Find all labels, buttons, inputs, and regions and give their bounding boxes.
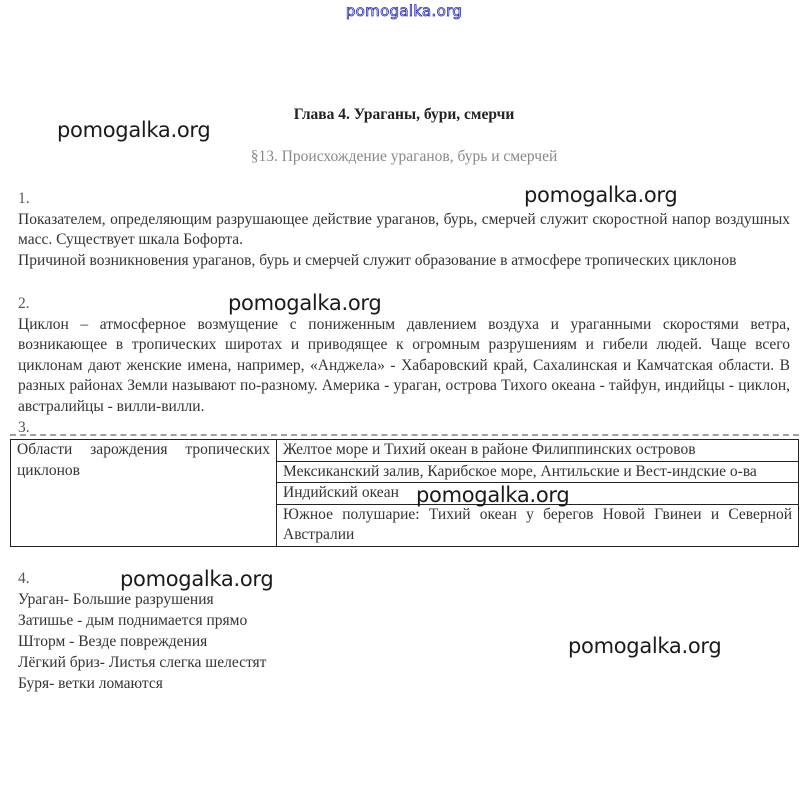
cyclone-origin-table: Области зарождения тропических циклонов …: [10, 439, 799, 547]
section-title: §13. Происхождение ураганов, бурь и смер…: [0, 148, 808, 166]
watermark-overlay: pomogalka.org: [416, 483, 569, 507]
list-item: Затишье - дым поднимается прямо: [18, 610, 266, 631]
answer-1-paragraph-2: Причиной возникновения ураганов, бурь и …: [18, 251, 790, 272]
answer-2: 2. Циклон – атмосферное возмущение с пон…: [18, 294, 790, 417]
list-item: Буря- ветки ломаются: [18, 673, 266, 694]
site-watermark-top: pomogalka.org: [0, 2, 808, 20]
table-label-cell: Области зарождения тропических циклонов: [11, 440, 277, 547]
table-cell: Мексиканский залив, Карибское море, Анти…: [277, 461, 799, 483]
answer-2-paragraph: Циклон – атмосферное возмущение с пониже…: [18, 315, 790, 418]
watermark-overlay: pomogalka.org: [568, 634, 721, 658]
watermark-overlay: pomogalka.org: [524, 183, 677, 207]
list-item: Лёгкий бриз- Листья слегка шелестят: [18, 652, 266, 673]
scan-artifact-line: [10, 434, 799, 436]
watermark-overlay: pomogalka.org: [57, 118, 210, 142]
list-item: Ураган- Большие разрушения: [18, 589, 266, 610]
answer-1-paragraph-1: Показателем, определяющим разрушающее де…: [18, 210, 790, 251]
watermark-overlay: pomogalka.org: [120, 567, 273, 591]
list-item: Шторм - Везде повреждения: [18, 631, 266, 652]
table-cell: Южное полушарие: Тихий океан у берегов Н…: [277, 504, 799, 546]
answer-2-number: 2.: [18, 294, 790, 315]
watermark-overlay: pomogalka.org: [228, 291, 381, 315]
table-cell: Желтое море и Тихий океан в районе Филип…: [277, 440, 799, 462]
table-row: Области зарождения тропических циклонов …: [11, 440, 799, 462]
